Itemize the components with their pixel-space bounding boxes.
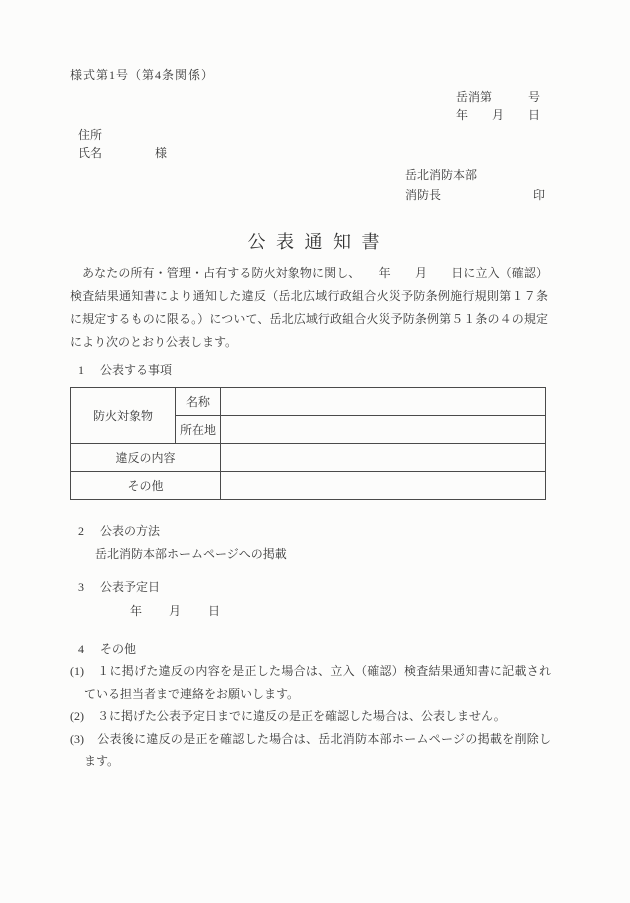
item-3-marker: (3) [70, 728, 97, 751]
issuer-title: 消防長 [405, 185, 441, 205]
name-value-cell [221, 388, 546, 416]
name-label: 氏名 [78, 146, 102, 160]
issuer-signature-line: 消防長 印 [405, 185, 545, 205]
table-row: 防火対象物 名称 [71, 388, 546, 416]
planned-publication-date: 年 月 日 [130, 602, 221, 619]
honorific-label: 様 [155, 146, 167, 160]
list-item: (2)３に掲げた公表予定日までに違反の是正を確認した場合は、公表しません。 [70, 705, 551, 728]
section-4-heading: 4その他 [70, 642, 136, 657]
violation-label: 違反の内容 [71, 444, 221, 472]
section-4-title: その他 [100, 642, 136, 656]
item-2-marker: (2) [70, 705, 97, 728]
location-sublabel: 所在地 [176, 416, 221, 444]
document-number-block: 岳消第 号 年 月 日 [456, 88, 540, 124]
section-2-number: 2 [70, 524, 100, 539]
item-3-text: 公表後に違反の是正を確認した場合は、岳北消防本部ホームページの掲載を削除します。 [84, 732, 551, 769]
other-items-list: (1)１に掲げた違反の内容を是正した場合は、立入（確認）検査結果通知書に記載され… [70, 660, 551, 773]
violation-value-cell [221, 444, 546, 472]
issuer-organization: 岳北消防本部 [405, 165, 545, 185]
item-2-text: ３に掲げた公表予定日までに違反の是正を確認した場合は、公表しません。 [97, 709, 506, 723]
address-label: 住所 [78, 126, 167, 144]
section-3-title: 公表予定日 [100, 580, 160, 594]
list-item: (1)１に掲げた違反の内容を是正した場合は、立入（確認）検査結果通知書に記載され… [70, 660, 551, 705]
seal-mark: 印 [533, 185, 545, 205]
fire-object-group-label: 防火対象物 [71, 388, 176, 444]
other-label: その他 [71, 472, 221, 500]
form-number: 様式第1号（第4条関係） [70, 66, 214, 83]
item-1-text: １に掲げた違反の内容を是正した場合は、立入（確認）検査結果通知書に記載されている… [84, 664, 551, 701]
publication-items-table: 防火対象物 名称 所在地 違反の内容 その他 [70, 387, 546, 500]
document-title: 公 表 通 知 書 [0, 228, 630, 254]
section-2-heading: 2公表の方法 [70, 524, 160, 539]
section-1-number: 1 [70, 363, 100, 378]
section-4-number: 4 [70, 642, 100, 657]
section-3-heading: 3公表予定日 [70, 580, 160, 595]
issuer-block: 岳北消防本部 消防長 印 [405, 165, 545, 205]
body-paragraph: あなたの所有・管理・占有する防火対象物に関し、 年 月 日に立入（確認）検査結果… [70, 262, 548, 354]
table-row: 違反の内容 [71, 444, 546, 472]
document-date-line: 年 月 日 [456, 106, 540, 124]
section-2-title: 公表の方法 [100, 524, 160, 538]
other-value-cell [221, 472, 546, 500]
publication-method-detail: 岳北消防本部ホームページへの掲載 [95, 545, 287, 562]
item-1-marker: (1) [70, 660, 97, 683]
location-value-cell [221, 416, 546, 444]
addressee-block: 住所 氏名様 [78, 126, 167, 162]
name-line: 氏名様 [78, 144, 167, 162]
section-1-heading: 1公表する事項 [70, 363, 172, 378]
table-row: その他 [71, 472, 546, 500]
section-1-title: 公表する事項 [100, 363, 172, 377]
list-item: (3)公表後に違反の是正を確認した場合は、岳北消防本部ホームページの掲載を削除し… [70, 728, 551, 773]
name-sublabel: 名称 [176, 388, 221, 416]
section-3-number: 3 [70, 580, 100, 595]
document-number-line: 岳消第 号 [456, 88, 540, 106]
document-page: 様式第1号（第4条関係） 岳消第 号 年 月 日 住所 氏名様 岳北消防本部 消… [0, 0, 630, 903]
